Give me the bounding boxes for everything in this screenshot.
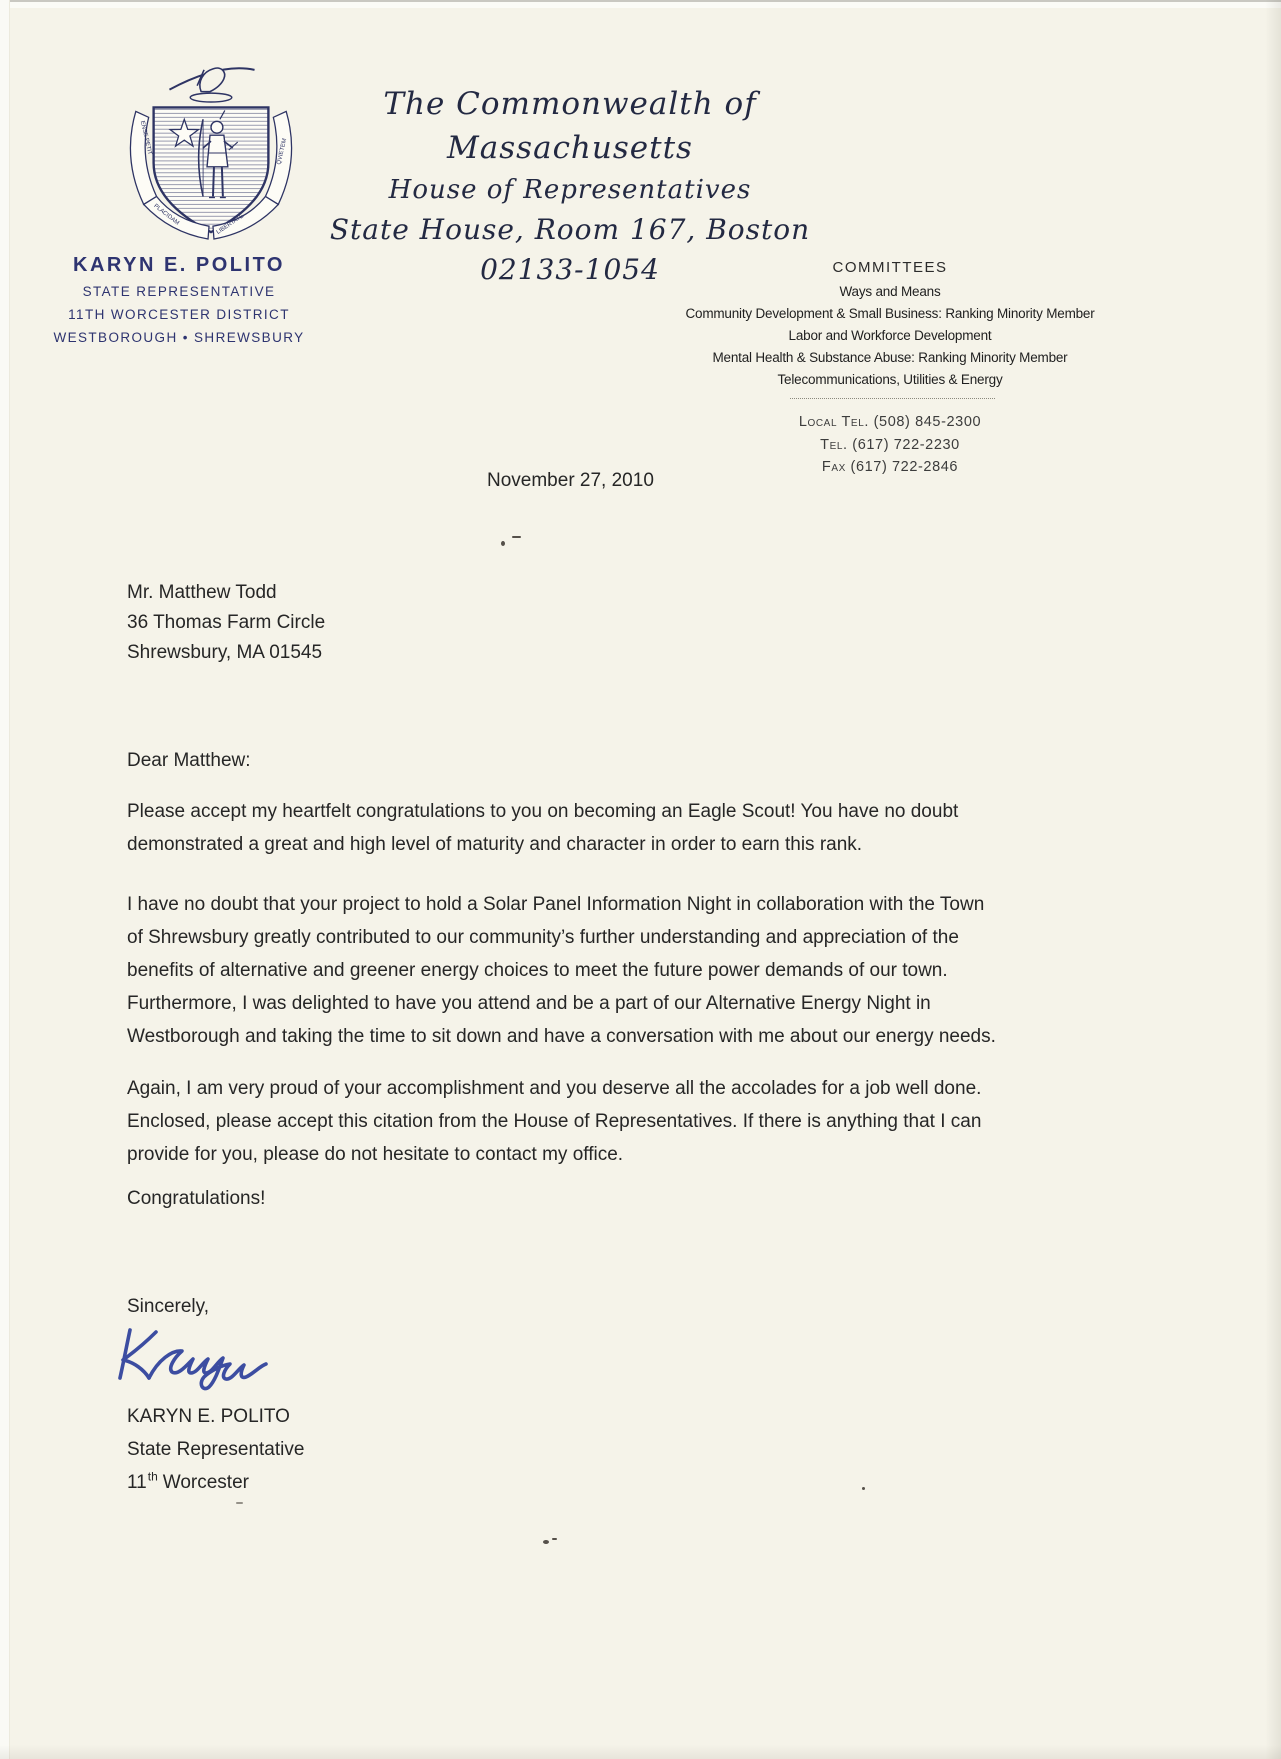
paragraph-2: I have no doubt that your project to hol… bbox=[127, 888, 996, 1053]
representative-title: STATE REPRESENTATIVE bbox=[48, 280, 310, 303]
representative-block: KARYN E. POLITO STATE REPRESENTATIVE 11T… bbox=[48, 250, 310, 349]
valediction: Sincerely, bbox=[127, 1296, 209, 1318]
typed-signature-block: KARYN E. POLITO State Representative 11t… bbox=[127, 1400, 304, 1499]
district-name: Worcester bbox=[163, 1472, 249, 1493]
house-subtitle: House of Representatives bbox=[300, 170, 840, 210]
tel: Tel. (617) 722-2230 bbox=[685, 434, 1095, 457]
committee-item: Ways and Means bbox=[685, 281, 1095, 303]
paragraph-line: Furthermore, I was delighted to have you… bbox=[127, 987, 996, 1020]
signer-name: KARYN E. POLITO bbox=[127, 1400, 304, 1433]
salutation: Dear Matthew: bbox=[127, 750, 251, 772]
recipient-address: Mr. Matthew Todd 36 Thomas Farm Circle S… bbox=[127, 578, 325, 668]
paragraph-1: Please accept my heartfelt congratulatio… bbox=[127, 795, 958, 861]
letter-date: November 27, 2010 bbox=[487, 470, 654, 492]
local-tel: Local Tel. (508) 845-2300 bbox=[685, 411, 1095, 434]
scan-speck bbox=[552, 1538, 557, 1540]
closing-line: Congratulations! bbox=[127, 1188, 265, 1210]
paragraph-line: I have no doubt that your project to hol… bbox=[127, 888, 996, 921]
paragraph-line: of Shrewsbury greatly contributed to our… bbox=[127, 921, 996, 954]
handwritten-signature bbox=[116, 1320, 291, 1398]
scan-speck bbox=[862, 1487, 865, 1490]
representative-district: 11TH WORCESTER DISTRICT bbox=[48, 303, 310, 326]
paragraph-line: benefits of alternative and greener ener… bbox=[127, 954, 996, 987]
scan-shade-bottom bbox=[0, 1745, 1281, 1759]
signer-title: State Representative bbox=[127, 1433, 304, 1466]
scan-speck bbox=[543, 1540, 549, 1544]
seal-crest-arm-sword-icon bbox=[169, 68, 254, 102]
commonwealth-title: The Commonwealth of Massachusetts bbox=[300, 82, 840, 170]
paragraph-line: demonstrated a great and high level of m… bbox=[127, 828, 958, 861]
contact-block: Local Tel. (508) 845-2300 Tel. (617) 722… bbox=[685, 411, 1095, 479]
scan-edge-top bbox=[0, 0, 1281, 8]
massachusetts-state-seal-icon: ENSE PETIT PLACIDAM LIBERTATE QVIETEM bbox=[110, 56, 312, 244]
district-ordinal: th bbox=[148, 1470, 158, 1484]
paragraph-line: provide for you, please do not hesitate … bbox=[127, 1138, 981, 1171]
representative-name: KARYN E. POLITO bbox=[48, 250, 310, 280]
scan-shade-right bbox=[1265, 0, 1281, 1759]
paragraph-line: Again, I am very proud of your accomplis… bbox=[127, 1072, 981, 1105]
committee-item: Labor and Workforce Development bbox=[685, 325, 1095, 347]
committees-block: COMMITTEES Ways and Means Community Deve… bbox=[685, 255, 1095, 391]
scan-speck bbox=[236, 1502, 243, 1504]
recipient-city: Shrewsbury, MA 01545 bbox=[127, 638, 325, 668]
recipient-street: 36 Thomas Farm Circle bbox=[127, 608, 325, 638]
paragraph-line: Westborough and taking the time to sit d… bbox=[127, 1020, 996, 1053]
scan-edge-left bbox=[0, 0, 10, 1759]
committees-heading: COMMITTEES bbox=[685, 255, 1095, 281]
paragraph-line: Please accept my heartfelt congratulatio… bbox=[127, 795, 958, 828]
fax: Fax (617) 722-2846 bbox=[685, 456, 1095, 479]
committee-item: Community Development & Small Business: … bbox=[685, 303, 1095, 325]
scan-speck bbox=[512, 536, 521, 538]
recipient-name: Mr. Matthew Todd bbox=[127, 578, 325, 608]
paragraph-line: Enclosed, please accept this citation fr… bbox=[127, 1105, 981, 1138]
representative-towns: WESTBOROUGH • SHREWSBURY bbox=[48, 326, 310, 349]
paragraph-3: Again, I am very proud of your accomplis… bbox=[127, 1072, 981, 1171]
dotted-divider bbox=[790, 398, 995, 399]
committee-item: Telecommunications, Utilities & Energy bbox=[685, 369, 1095, 391]
scanned-letter-page: ENSE PETIT PLACIDAM LIBERTATE QVIETEM Th… bbox=[0, 0, 1281, 1759]
signer-district: 11thWorcester bbox=[127, 1466, 304, 1499]
committee-item: Mental Health & Substance Abuse: Ranking… bbox=[685, 347, 1095, 369]
district-number: 11 bbox=[127, 1472, 147, 1493]
scan-speck bbox=[501, 541, 505, 546]
